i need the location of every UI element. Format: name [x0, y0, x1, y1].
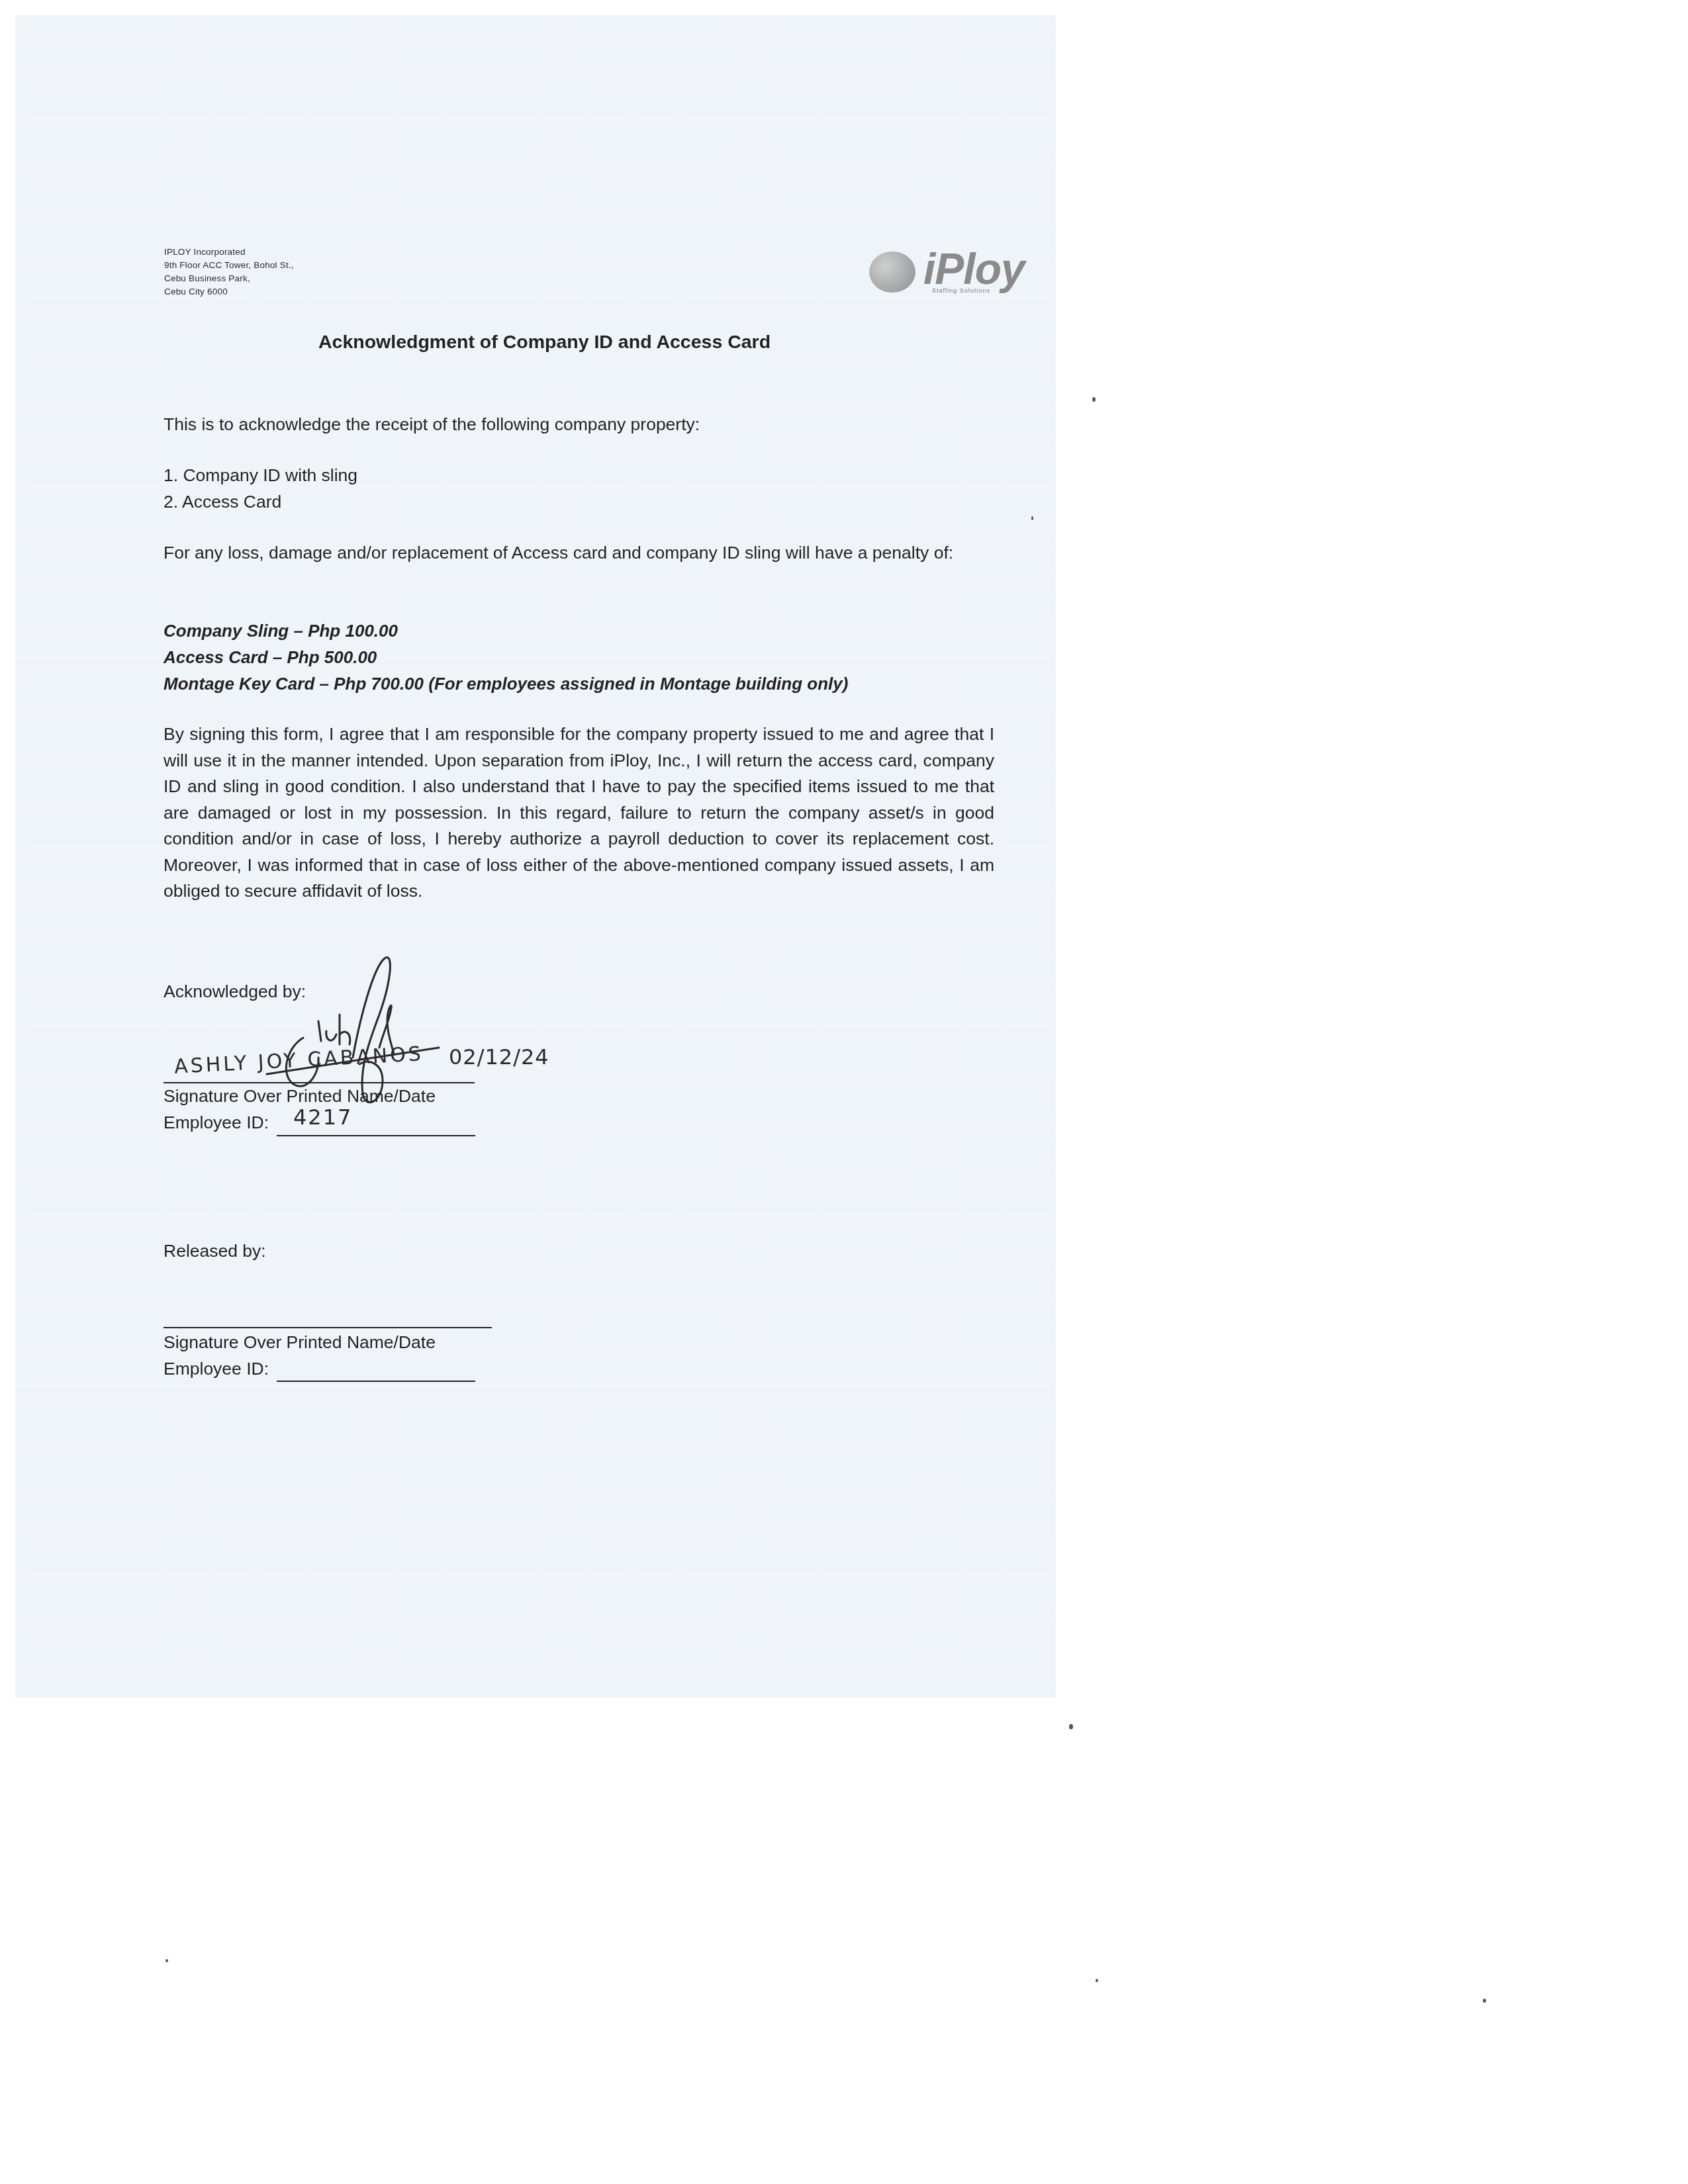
scan-speck [165, 1959, 168, 1962]
address-line: Cebu Business Park, [164, 272, 294, 285]
released-signature-caption: Signature Over Printed Name/Date [164, 1332, 436, 1353]
agreement-paragraph: By signing this form, I agree that I am … [164, 721, 994, 905]
scan-speck [1483, 1999, 1486, 2003]
released-employee-id-line [277, 1381, 475, 1382]
acknowledged-employee-id-value: 4217 [293, 1105, 352, 1130]
acknowledged-signature-caption: Signature Over Printed Name/Date [164, 1086, 436, 1107]
penalty-item: Company Sling – Php 100.00 [164, 617, 848, 644]
handwritten-date: 02/12/24 [449, 1044, 549, 1069]
scan-speck [1031, 516, 1033, 520]
property-item: 1. Company ID with sling [164, 462, 357, 488]
released-employee-id-label: Employee ID: [164, 1359, 269, 1379]
scan-speck [1092, 397, 1096, 402]
penalty-item: Access Card – Php 500.00 [164, 644, 848, 670]
address-line: Cebu City 6000 [164, 285, 294, 298]
address-line: 9th Floor ACC Tower, Bohol St., [164, 259, 294, 272]
released-signature-line [164, 1327, 492, 1328]
intro-text: This is to acknowledge the receipt of th… [164, 411, 700, 437]
penalty-list: Company Sling – Php 100.00 Access Card –… [164, 617, 848, 697]
address-line: IPLOY Incorporated [164, 246, 294, 259]
scan-speck [1069, 1724, 1073, 1729]
acknowledged-employee-id-label: Employee ID: [164, 1113, 269, 1133]
company-address: IPLOY Incorporated 9th Floor ACC Tower, … [164, 246, 294, 298]
company-logo: iPloy Staffing Solutions [869, 244, 1045, 300]
scan-speck [1096, 1979, 1098, 1982]
logo-wordmark: iPloy [923, 245, 1025, 293]
penalty-intro-text: For any loss, damage and/or replacement … [164, 539, 998, 566]
scanned-page: IPLOY Incorporated 9th Floor ACC Tower, … [15, 15, 1056, 1698]
property-list: 1. Company ID with sling 2. Access Card [164, 462, 357, 515]
property-item: 2. Access Card [164, 488, 357, 515]
penalty-item: Montage Key Card – Php 700.00 (For emplo… [164, 670, 848, 697]
acknowledged-employee-id-line [277, 1135, 475, 1136]
document-title: Acknowledgment of Company ID and Access … [318, 332, 771, 353]
globe-icon [869, 251, 915, 293]
released-by-label: Released by: [164, 1241, 266, 1261]
logo-tagline: Staffing Solutions [932, 287, 990, 294]
acknowledged-signature-line [164, 1082, 475, 1083]
